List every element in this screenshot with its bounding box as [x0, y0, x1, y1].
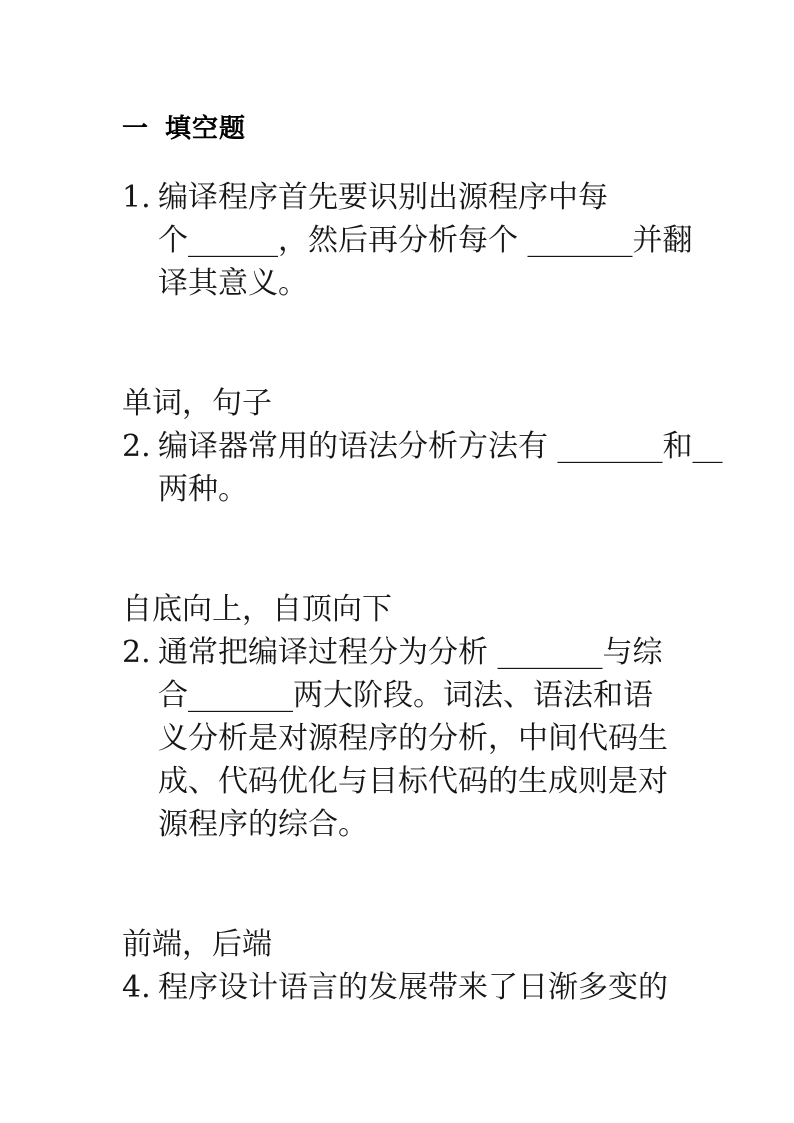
question-line: 译其意义。: [122, 262, 694, 305]
section-heading-number: 一: [122, 112, 165, 146]
question-line: 成、代码优化与目标代码的生成则是对: [122, 760, 694, 803]
section-heading-title: 填空题: [165, 114, 246, 144]
question-line: 2.编译器常用的语法分析方法有 _______和__: [122, 425, 694, 468]
question-line: 2.通常把编译过程分为分析 _______与综: [122, 631, 694, 674]
answer-text: 前端，后端: [122, 923, 694, 966]
question-text: 程序设计语言的发展带来了日渐多变的: [158, 970, 668, 1005]
question-block: 2.通常把编译过程分为分析 _______与综合_______两大阶段。词法、语…: [122, 631, 694, 846]
section-heading: 一填空题: [122, 112, 694, 146]
question-line: 义分析是对源程序的分析，中间代码生: [122, 717, 694, 760]
document-page: 一填空题 1.编译程序首先要识别出源程序中每个______，然后再分析每个 __…: [0, 0, 794, 1123]
question-text: 编译器常用的语法分析方法有 _______和__: [158, 429, 723, 464]
question-text: 编译程序首先要识别出源程序中每: [158, 180, 608, 215]
question-line: 源程序的综合。: [122, 803, 694, 846]
question-block: 4.程序设计语言的发展带来了日渐多变的: [122, 966, 694, 1009]
answer-text: 单词，句子: [122, 382, 694, 425]
content-blocks: 1.编译程序首先要识别出源程序中每个______，然后再分析每个 _______…: [122, 176, 694, 1009]
question-number: 2.: [122, 425, 158, 468]
answer-text: 自底向上，自顶向下: [122, 588, 694, 631]
document-body: 一填空题 1.编译程序首先要识别出源程序中每个______，然后再分析每个 __…: [0, 0, 794, 1009]
question-number: 4.: [122, 966, 158, 1009]
question-line: 个______，然后再分析每个 _______并翻: [122, 219, 694, 262]
question-line: 两种。: [122, 468, 694, 511]
question-number: 2.: [122, 631, 158, 674]
question-block: 1.编译程序首先要识别出源程序中每个______，然后再分析每个 _______…: [122, 176, 694, 305]
question-text: 通常把编译过程分为分析 _______与综: [158, 635, 663, 670]
question-line: 合_______两大阶段。词法、语法和语: [122, 674, 694, 717]
question-block: 2.编译器常用的语法分析方法有 _______和__两种。: [122, 425, 694, 511]
question-line: 1.编译程序首先要识别出源程序中每: [122, 176, 694, 219]
question-line: 4.程序设计语言的发展带来了日渐多变的: [122, 966, 694, 1009]
question-number: 1.: [122, 176, 158, 219]
